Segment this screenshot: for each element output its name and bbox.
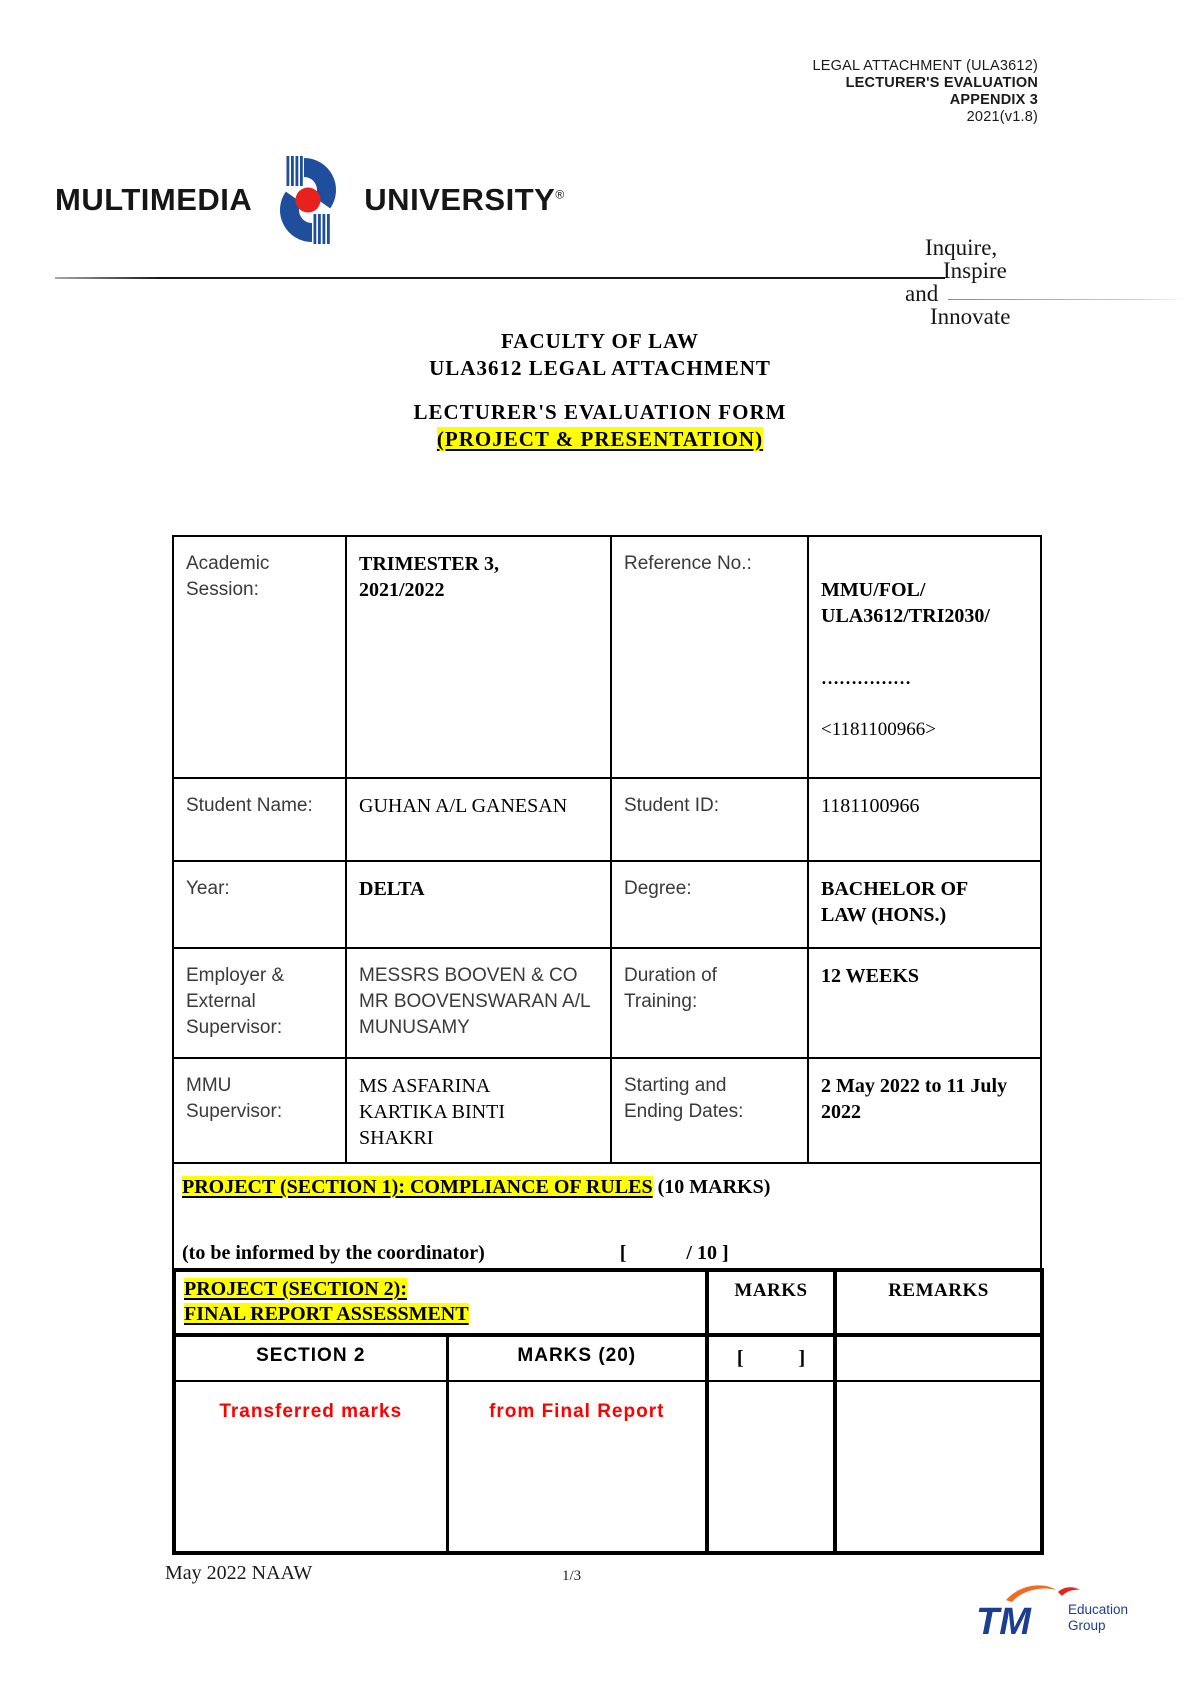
document-page: LEGAL ATTACHMENT (ULA3612) LECTURER'S EV… (0, 0, 1200, 1696)
info-table: Academic Session: TRIMESTER 3, 2021/2022… (172, 535, 1042, 1382)
university-tagline: Inquire, Inspire and Innovate (895, 236, 1010, 328)
tm-sub-line-1: Education (1068, 1602, 1128, 1617)
dates-value: 2 May 2022 to 11 July 2022 (808, 1058, 1041, 1163)
logo-word-university-text: UNIVERSITY (364, 182, 555, 217)
section2-subcell: SECTION 2 Transferred marks (174, 1335, 447, 1553)
section1-heading: PROJECT (SECTION 1): COMPLIANCE OF RULES… (182, 1176, 1030, 1199)
doc-header-line-1: LEGAL ATTACHMENT (ULA3612) (813, 58, 1038, 75)
info-row-mmu-supervisor: MMU Supervisor: MS ASFARINA KARTIKA BINT… (173, 1058, 1041, 1163)
form-title-block: FACULTY OF LAW ULA3612 LEGAL ATTACHMENT … (0, 328, 1200, 453)
tm-logo-text: TM (976, 1601, 1032, 1643)
student-id-label: Student ID: (611, 778, 808, 861)
form-subtitle: (PROJECT & PRESENTATION) (0, 426, 1200, 453)
reference-no-value: MMU/FOL/ ULA3612/TRI2030/ …………… <1181100… (808, 536, 1041, 778)
marks20-subcell-title: MARKS (20) (449, 1345, 706, 1367)
section2-title-line-2: FINAL REPORT ASSESSMENT (184, 1302, 697, 1327)
duration-value: 12 WEEKS (808, 948, 1041, 1058)
footer-version-text: May 2022 NAAW (165, 1562, 312, 1585)
tm-logo-graphic: TM Education Group (972, 1582, 1137, 1646)
section2-title-cell: PROJECT (SECTION 2): FINAL REPORT ASSESS… (174, 1270, 707, 1335)
info-row-student-name: Student Name: GUHAN A/L GANESAN Student … (173, 778, 1041, 861)
section2-remarks-cell (835, 1335, 1042, 1553)
section1-heading-marks: (10 MARKS) (653, 1176, 771, 1198)
marks-column-header: MARKS (707, 1270, 835, 1335)
section1-marks-field: [ / 10 ] (620, 1242, 729, 1264)
degree-value: BACHELOR OF LAW (HONS.) (808, 861, 1041, 948)
dates-label: Starting and Ending Dates: (611, 1058, 808, 1163)
course-title: ULA3612 LEGAL ATTACHMENT (0, 355, 1200, 382)
tagline-line-4: Innovate (930, 305, 1010, 328)
logo-word-multimedia: MULTIMEDIA (55, 182, 252, 218)
section1-heading-highlight: PROJECT (SECTION 1): COMPLIANCE OF RULES (182, 1176, 653, 1198)
tm-red-swoosh (1058, 1587, 1080, 1596)
section1-note: (to be informed by the coordinator) (182, 1242, 485, 1264)
assessment-table: PROJECT (SECTION 2): FINAL REPORT ASSESS… (172, 1268, 1044, 1555)
reference-no-code: MMU/FOL/ ULA3612/TRI2030/ (821, 577, 1030, 629)
section2-marks-field: [ ] (707, 1335, 835, 1553)
student-id-value: 1181100966 (808, 778, 1041, 861)
assessment-body-row: SECTION 2 Transferred marks MARKS (20) f… (174, 1335, 1042, 1553)
from-final-report-note: from Final Report (449, 1401, 706, 1423)
tagline-line-1: Inquire, (925, 236, 1010, 259)
tm-sub-line-2: Group (1068, 1618, 1106, 1633)
section1-note-line: (to be informed by the coordinator)[ / 1… (182, 1242, 1030, 1265)
doc-header-line-4: 2021(v1.8) (813, 109, 1038, 126)
student-name-value: GUHAN A/L GANESAN (346, 778, 611, 861)
section2-title-2-highlight: FINAL REPORT ASSESSMENT (184, 1303, 469, 1325)
faculty-title: FACULTY OF LAW (0, 328, 1200, 355)
tm-education-group-logo: TM Education Group (972, 1582, 1137, 1651)
marks20-subcell: MARKS (20) from Final Report (447, 1335, 707, 1553)
academic-session-label: Academic Session: (173, 536, 346, 778)
doc-header-block: LEGAL ATTACHMENT (ULA3612) LECTURER'S EV… (813, 58, 1038, 126)
registered-mark: ® (555, 188, 564, 202)
logo-red-dot (296, 188, 321, 213)
tagline-line-2: Inspire (943, 259, 1010, 282)
reference-no-dots: …………… (821, 665, 1030, 691)
tagline-line-3: and (905, 282, 1010, 305)
info-row-employer: Employer & External Supervisor: MESSRS B… (173, 948, 1041, 1058)
university-logo: MULTIMEDIA UNIVERSITY® (55, 150, 565, 250)
mmu-supervisor-label: MMU Supervisor: (173, 1058, 346, 1163)
degree-label: Degree: (611, 861, 808, 948)
reference-no-id: <1181100966> (821, 717, 1030, 743)
section2-subcell-title: SECTION 2 (176, 1345, 446, 1367)
student-name-label: Student Name: (173, 778, 346, 861)
page-number: 1/3 (562, 1568, 581, 1585)
duration-label: Duration of Training: (611, 948, 808, 1058)
info-row-year-degree: Year: DELTA Degree: BACHELOR OF LAW (HON… (173, 861, 1041, 948)
horizontal-rule (55, 277, 945, 279)
year-label: Year: (173, 861, 346, 948)
info-row-academic-session: Academic Session: TRIMESTER 3, 2021/2022… (173, 536, 1041, 778)
logo-word-university: UNIVERSITY® (364, 182, 564, 218)
section2-title-line-1: PROJECT (SECTION 2): (184, 1277, 697, 1302)
mmu-supervisor-value: MS ASFARINA KARTIKA BINTI SHAKRI (346, 1058, 611, 1163)
section2-title-1-highlight: PROJECT (SECTION 2): (184, 1278, 407, 1300)
title-spacer (0, 382, 1200, 399)
doc-header-line-3: APPENDIX 3 (813, 92, 1038, 109)
doc-header-line-2: LECTURER'S EVALUATION (813, 75, 1038, 92)
remarks-column-header: REMARKS (835, 1270, 1042, 1335)
employer-label: Employer & External Supervisor: (173, 948, 346, 1058)
academic-session-value: TRIMESTER 3, 2021/2022 (346, 536, 611, 778)
mmu-logo-mark (258, 150, 358, 250)
form-subtitle-highlight: (PROJECT & PRESENTATION) (437, 427, 763, 451)
employer-value: MESSRS BOOVEN & CO MR BOOVENSWARAN A/L M… (346, 948, 611, 1058)
tm-orange-swoosh (1006, 1585, 1056, 1602)
year-value: DELTA (346, 861, 611, 948)
reference-no-label: Reference No.: (611, 536, 808, 778)
transferred-marks-note: Transferred marks (176, 1401, 446, 1423)
form-name: LECTURER'S EVALUATION FORM (0, 399, 1200, 426)
assessment-header-row: PROJECT (SECTION 2): FINAL REPORT ASSESS… (174, 1270, 1042, 1335)
